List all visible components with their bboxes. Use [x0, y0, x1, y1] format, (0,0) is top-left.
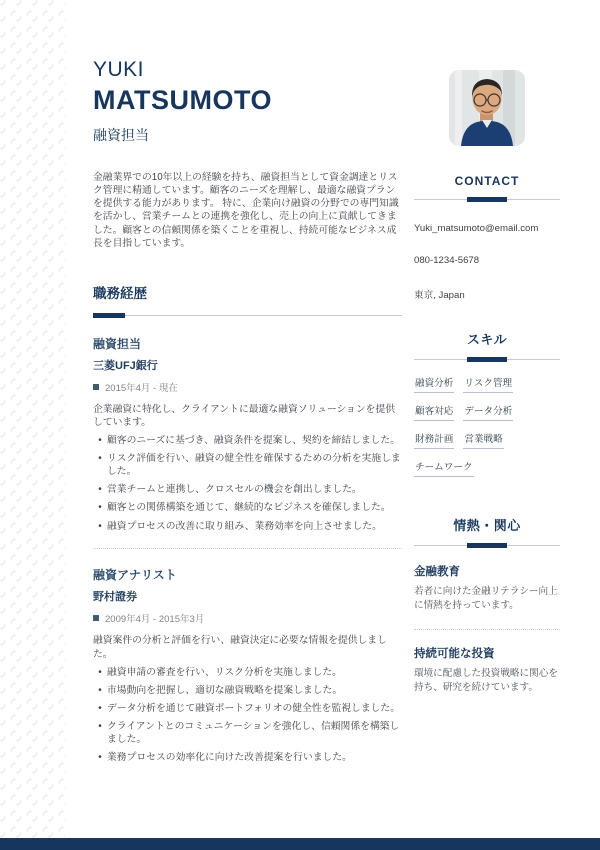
bullet-text: 融資プロセスの改善に取り組み、業務効率を向上させました。: [107, 521, 382, 534]
job-company: 三菱UFJ銀行: [93, 357, 402, 373]
skills-section: スキル 融資分析 リスク管理 顧客対応 データ分析 財務計画 営業戦略 チームワ…: [414, 329, 560, 487]
contact-location: 東京, Japan: [414, 287, 560, 301]
profile-summary: 金融業界での10年以上の経験を持ち、融資担当として資金調達とリスク管理に精通して…: [93, 171, 402, 250]
job-dates: 2015年4月 - 現在: [93, 380, 402, 394]
sidebar-column: CONTACT Yuki_matsumoto@email.com 080-123…: [414, 58, 560, 765]
profile-photo: [449, 70, 525, 146]
contact-email: Yuki_matsumoto@email.com: [414, 223, 560, 234]
contact-divider: [414, 197, 560, 202]
job-headline: 融資担当: [93, 125, 402, 145]
bullet-dot-icon: •: [93, 721, 107, 746]
skill-tag: 融資分析: [414, 375, 454, 393]
bullet-dot-icon: •: [93, 685, 107, 698]
job-description: 企業融資に特化し、クライアントに最適な融資ソリューションを提供しています。: [93, 403, 402, 429]
bullet-text: 顧客のニーズに基づき、融資条件を提案し、契約を締結しました。: [107, 435, 400, 448]
profile-photo-illustration: [449, 70, 525, 146]
bullet-dot-icon: •: [93, 484, 107, 497]
interests-section: 情熱・関心 金融教育 若者に向けた金融リテラシー向上に情熱を持っています。 持続…: [414, 515, 560, 695]
bullet-dot-icon: •: [93, 521, 107, 534]
job-bullet: •業務プロセスの効率化に向けた改善提案を行いました。: [93, 752, 402, 765]
interest-separator: [414, 629, 560, 630]
job-description: 融資案件の分析と評価を行い、融資決定に必要な情報を提供しました。: [93, 634, 402, 660]
calendar-icon: [93, 384, 99, 390]
bullet-text: データ分析を通じて融資ポートフォリオの健全性を監視しました。: [107, 703, 400, 716]
interest-title: 持続可能な投資: [414, 645, 560, 661]
job-bullet: •データ分析を通じて融資ポートフォリオの健全性を監視しました。: [93, 703, 402, 716]
job-bullet: •融資申請の審査を行い、リスク分析を実施しました。: [93, 667, 402, 680]
interest-text: 若者に向けた金融リテラシー向上に情熱を持っています。: [414, 585, 560, 613]
bullet-text: 市場動向を把握し、適切な融資戦略を提案しました。: [107, 685, 342, 698]
interests-divider: [414, 543, 560, 548]
bullet-text: 融資申請の審査を行い、リスク分析を実施しました。: [107, 667, 342, 680]
main-column: YUKI MATSUMOTO 融資担当 金融業界での10年以上の経験を持ち、融資…: [93, 58, 402, 765]
interest-title: 金融教育: [414, 563, 560, 579]
job-entry: 融資担当 三菱UFJ銀行 2015年4月 - 現在 企業融資に特化し、クライアン…: [93, 335, 402, 534]
last-name: MATSUMOTO: [93, 85, 402, 116]
skills-section-title: スキル: [414, 329, 560, 348]
bullet-text: リスク評価を行い、融資の健全性を確保するための分析を実施しました。: [107, 453, 402, 478]
job-title: 融資アナリスト: [93, 566, 402, 583]
job-bullet-list: •融資申請の審査を行い、リスク分析を実施しました。 •市場動向を把握し、適切な融…: [93, 667, 402, 765]
bottom-accent-bar: [0, 838, 600, 850]
job-dates: 2009年4月 - 2015年3月: [93, 611, 402, 625]
job-bullet: •顧客との関係構築を通じて、継続的なビジネスを確保しました。: [93, 502, 402, 515]
bullet-dot-icon: •: [93, 703, 107, 716]
calendar-icon: [93, 615, 99, 621]
resume-content: YUKI MATSUMOTO 融資担当 金融業界での10年以上の経験を持ち、融資…: [0, 0, 600, 765]
interests-section-title: 情熱・関心: [414, 515, 560, 534]
experience-divider: [93, 313, 402, 318]
skill-tag: チームワーク: [414, 459, 474, 477]
skills-list: 融資分析 リスク管理 顧客対応 データ分析 財務計画 営業戦略 チームワーク: [414, 375, 560, 487]
bullet-dot-icon: •: [93, 752, 107, 765]
bullet-text: クライアントとのコミュニケーションを強化し、信頼関係を構築しました。: [107, 721, 402, 746]
bullet-text: 顧客との関係構築を通じて、継続的なビジネスを確保しました。: [107, 502, 391, 515]
job-bullet: •クライアントとのコミュニケーションを強化し、信頼関係を構築しました。: [93, 721, 402, 746]
experience-section: 職務経歴 融資担当 三菱UFJ銀行 2015年4月 - 現在 企業融資に特化し、…: [93, 282, 402, 765]
job-separator: [93, 548, 402, 549]
job-bullet: •リスク評価を行い、融資の健全性を確保するための分析を実施しました。: [93, 453, 402, 478]
bullet-dot-icon: •: [93, 453, 107, 478]
bullet-dot-icon: •: [93, 502, 107, 515]
interest-entry: 持続可能な投資 環境に配慮した投資戦略に関心を持ち、研究を続けています。: [414, 645, 560, 695]
contact-section: CONTACT Yuki_matsumoto@email.com 080-123…: [414, 174, 560, 301]
job-entry: 融資アナリスト 野村證券 2009年4月 - 2015年3月 融資案件の分析と評…: [93, 566, 402, 765]
interest-entry: 金融教育 若者に向けた金融リテラシー向上に情熱を持っています。: [414, 563, 560, 613]
interest-text: 環境に配慮した投資戦略に関心を持ち、研究を続けています。: [414, 667, 560, 695]
contact-phone: 080-1234-5678: [414, 255, 560, 266]
skill-tag: リスク管理: [463, 375, 513, 393]
skill-tag: 営業戦略: [463, 431, 503, 449]
experience-section-title: 職務経歴: [93, 282, 402, 302]
bullet-text: 営業チームと連携し、クロスセルの機会を創出しました。: [107, 484, 362, 497]
bullet-dot-icon: •: [93, 435, 107, 448]
job-bullet-list: •顧客のニーズに基づき、融資条件を提案し、契約を締結しました。 •リスク評価を行…: [93, 435, 402, 533]
job-company: 野村證券: [93, 588, 402, 604]
skills-divider: [414, 357, 560, 362]
skill-tag: 財務計画: [414, 431, 454, 449]
skill-tag: データ分析: [463, 403, 513, 421]
bullet-dot-icon: •: [93, 667, 107, 680]
job-dates-text: 2015年4月 - 現在: [105, 380, 178, 394]
first-name: YUKI: [93, 58, 402, 82]
job-bullet: •顧客のニーズに基づき、融資条件を提案し、契約を締結しました。: [93, 435, 402, 448]
bullet-text: 業務プロセスの効率化に向けた改善提案を行いました。: [107, 752, 352, 765]
job-title: 融資担当: [93, 335, 402, 352]
skill-tag: 顧客対応: [414, 403, 454, 421]
job-bullet: •市場動向を把握し、適切な融資戦略を提案しました。: [93, 685, 402, 698]
contact-section-title: CONTACT: [414, 174, 560, 188]
job-bullet: •営業チームと連携し、クロスセルの機会を創出しました。: [93, 484, 402, 497]
job-bullet: •融資プロセスの改善に取り組み、業務効率を向上させました。: [93, 521, 402, 534]
resume-page: YUKI MATSUMOTO 融資担当 金融業界での10年以上の経験を持ち、融資…: [0, 0, 600, 850]
job-dates-text: 2009年4月 - 2015年3月: [105, 611, 204, 625]
